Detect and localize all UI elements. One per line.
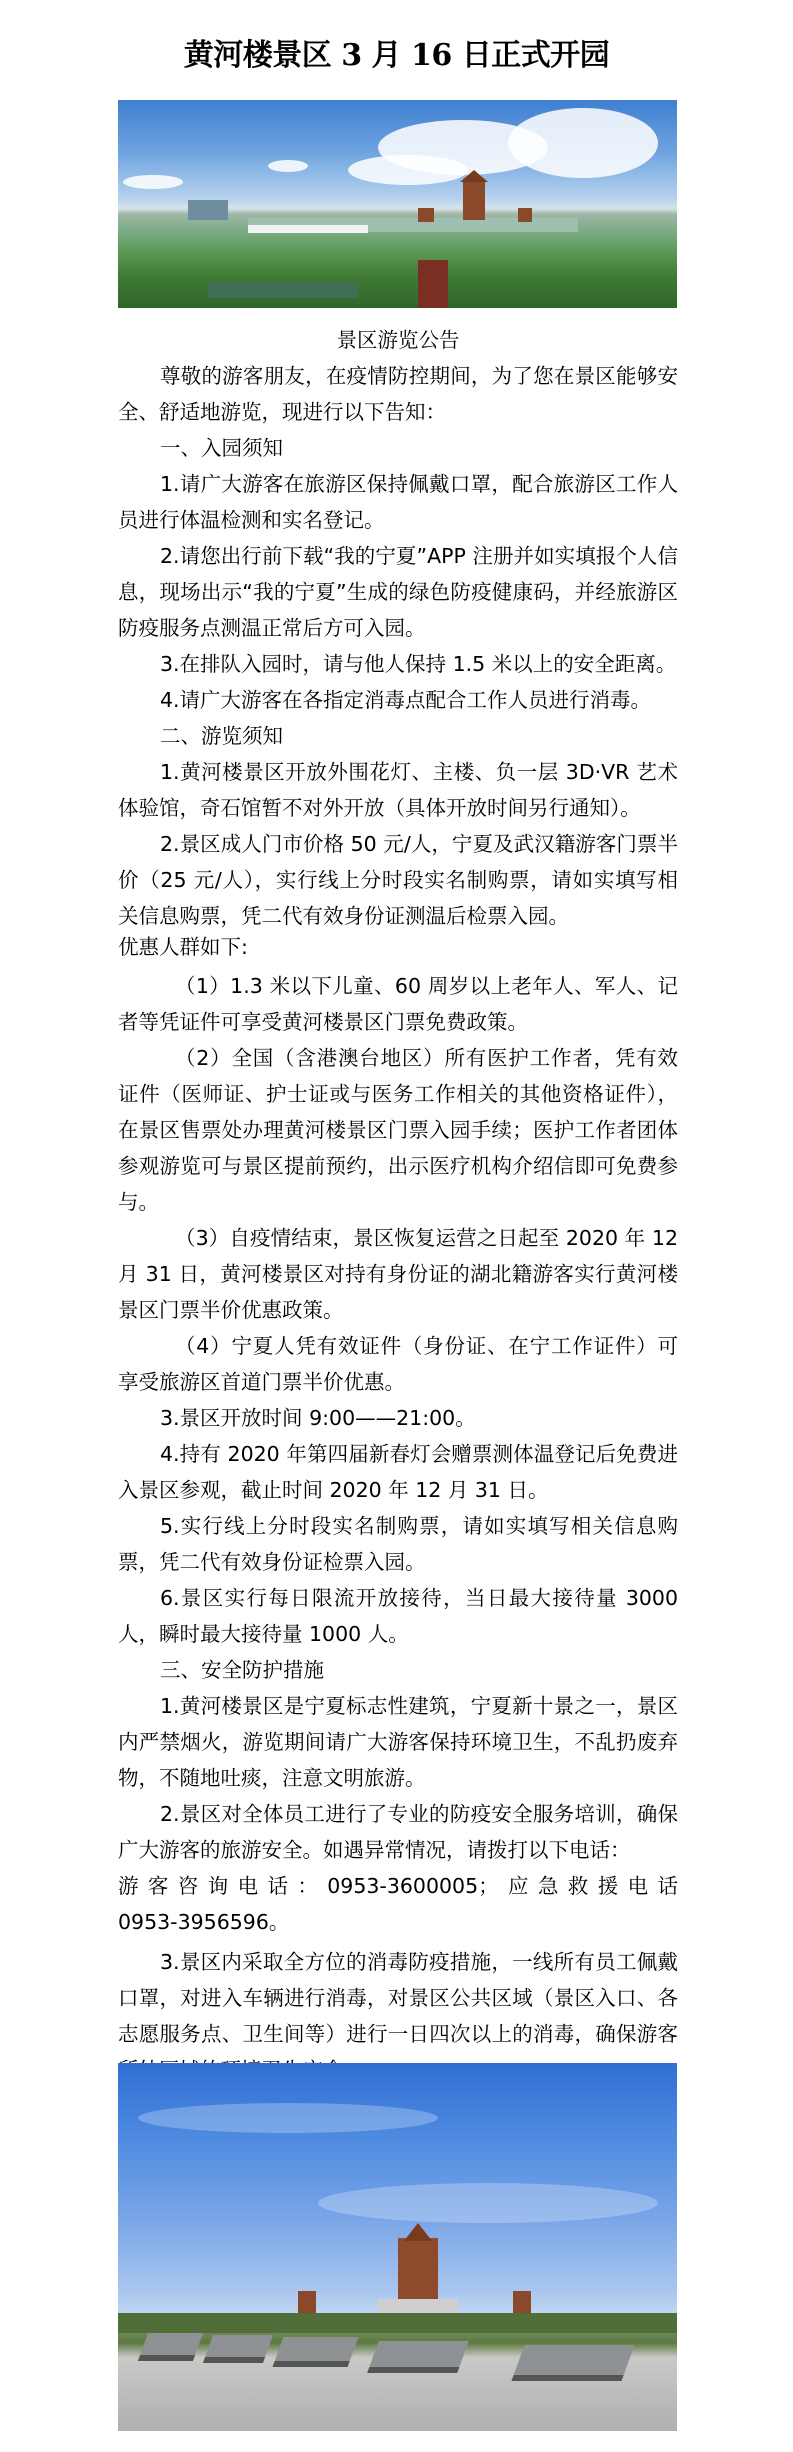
- visit-item-2: 2.景区成人门市价格 50 元/人，宁夏及武汉籍游客门票半价（25 元/人），实…: [118, 826, 678, 934]
- huanghelou-plaza-image: [118, 2063, 677, 2431]
- article-body: 景区游览公告 尊敬的游客朋友，在疫情防控期间，为了您在景区能够安全、舒适地游览，…: [118, 322, 678, 2088]
- entry-item-3: 3.在排队入园时，请与他人保持 1.5 米以上的安全距离。: [118, 646, 678, 682]
- visit-item-4: 4.持有 2020 年第四届新春灯会赠票测体温登记后免费进入景区参观，截止时间 …: [118, 1436, 678, 1508]
- entry-item-2: 2.请您出行前下载“我的宁夏”APP 注册并如实填报个人信息，现场出示“我的宁夏…: [118, 538, 678, 646]
- section-heading-visit: 二、游览须知: [118, 718, 678, 754]
- entry-item-1: 1.请广大游客在旅游区保持佩戴口罩，配合旅游区工作人员进行体温检测和实名登记。: [118, 466, 678, 538]
- discount-item-3: （3）自疫情结束，景区恢复运营之日起至 2020 年 12 月 31 日，黄河楼…: [118, 1220, 678, 1328]
- notice-intro: 尊敬的游客朋友，在疫情防控期间，为了您在景区能够安全、舒适地游览，现进行以下告知…: [118, 358, 678, 430]
- entry-item-4: 4.请广大游客在各指定消毒点配合工作人员进行消毒。: [118, 682, 678, 718]
- discount-label: 优惠人群如下:: [118, 934, 678, 960]
- discount-item-4: （4）宁夏人凭有效证件（身份证、在宁工作证件）可享受旅游区首道门票半价优惠。: [118, 1328, 678, 1400]
- discount-item-1: （1）1.3 米以下儿童、60 周岁以上老年人、军人、记者等凭证件可享受黄河楼景…: [118, 968, 678, 1040]
- hotline-line: 游客咨询电话：0953-3600005；应急救援电话: [118, 1868, 678, 1904]
- section-heading-entry: 一、入园须知: [118, 430, 678, 466]
- safety-item-1: 1.黄河楼景区是宁夏标志性建筑，宁夏新十景之一，景区内严禁烟火，游览期间请广大游…: [118, 1688, 678, 1796]
- article-title: 黄河楼景区 3 月 16 日正式开园: [0, 34, 793, 78]
- visit-item-6: 6.景区实行每日限流开放接待，当日最大接待量 3000 人，瞬时最大接待量 10…: [118, 1580, 678, 1652]
- notice-title: 景区游览公告: [118, 322, 678, 358]
- discount-item-2: （2）全国（含港澳台地区）所有医护工作者，凭有效证件（医师证、护士证或与医务工作…: [118, 1040, 678, 1220]
- safety-item-2: 2.景区对全体员工进行了专业的防疫安全服务培训，确保广大游客的旅游安全。如遇异常…: [118, 1796, 678, 1868]
- visit-item-5: 5.实行线上分时段实名制购票，请如实填写相关信息购票，凭二代有效身份证检票入园。: [118, 1508, 678, 1580]
- emergency-phone: 0953-3956596。: [118, 1904, 678, 1940]
- visit-item-3: 3.景区开放时间 9:00——21:00。: [118, 1400, 678, 1436]
- huanghelou-panorama-image: [118, 100, 677, 308]
- section-heading-safety: 三、安全防护措施: [118, 1652, 678, 1688]
- visit-item-1: 1.黄河楼景区开放外围花灯、主楼、负一层 3D·VR 艺术体验馆，奇石馆暂不对外…: [118, 754, 678, 826]
